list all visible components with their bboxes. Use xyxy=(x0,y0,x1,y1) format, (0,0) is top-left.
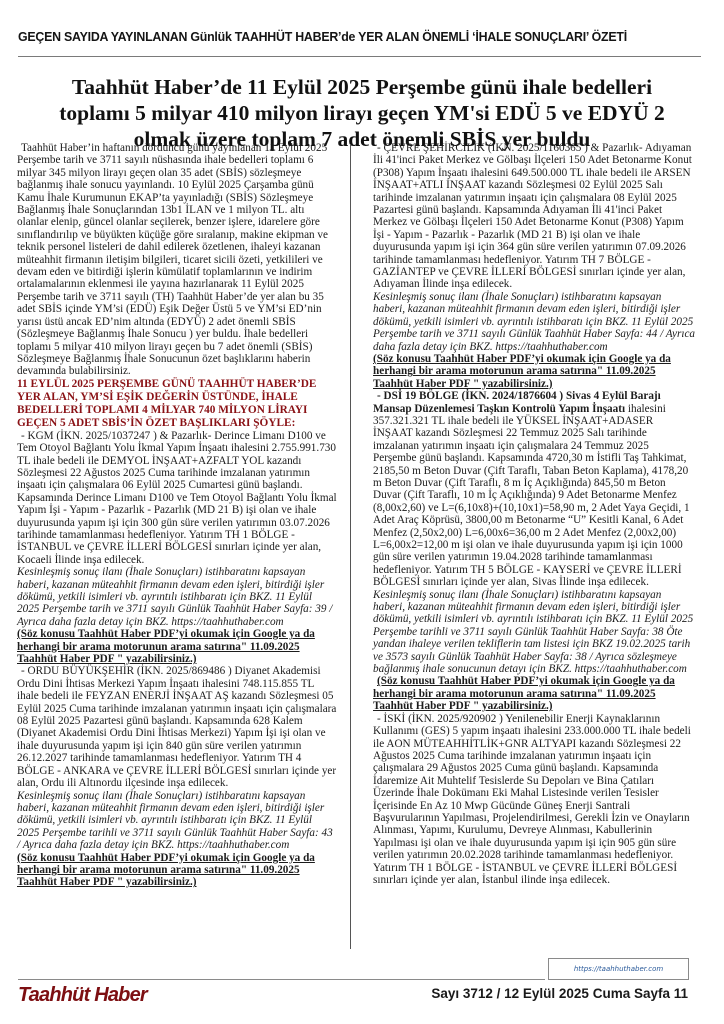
item-cevre-note: Kesinleşmiş sonuç ilanı (İhale Sonuçları… xyxy=(373,291,695,353)
item-iski-lead: - İSKİ (İKN. 2025/920902 ) Yenilenebilir… xyxy=(373,713,695,887)
header-divider xyxy=(18,56,701,57)
footer-issue-info: Sayı 3712 / 12 Eylül 2025 Cuma Sayfa 11 xyxy=(431,986,688,1001)
headline: Taahhüt Haber’de 11 Eylül 2025 Perşembe … xyxy=(40,74,684,152)
pdf-note[interactable]: (Söz konusu Taahhüt Haber PDF’yi okumak … xyxy=(373,353,695,390)
pdf-note[interactable]: (Söz konusu Taahhüt Haber PDF’yi okumak … xyxy=(17,628,337,665)
item-dsi-title: - DSİ 19 BÖLGE (İKN. 2024/1876604 ) Siva… xyxy=(373,390,661,414)
item-cevre-lead: - ÇEVRE ŞEHİRCİLİK (İKN. 2025/1160365 ) … xyxy=(373,142,695,291)
left-column: Taahhüt Haber’in haftanın dördüncü günü … xyxy=(17,142,337,889)
pdf-note[interactable]: (Söz konusu Taahhüt Haber PDF’yi okumak … xyxy=(17,852,337,889)
item-dsi-body: ihalesini 357.321.321 TL ihale bedeli il… xyxy=(373,403,690,589)
page-header-title: GEÇEN SAYIDA YAYINLANAN Günlük TAAHHÜT H… xyxy=(18,29,660,44)
item-kgm-lead: - KGM (İKN. 2025/1037247 ) & Pazarlık- D… xyxy=(17,430,337,566)
footer-brand-logo: Taahhüt Haber xyxy=(18,984,147,1007)
column-divider xyxy=(350,144,351,949)
footer-url-link[interactable]: https://taahhuthaber.com xyxy=(548,958,689,980)
intro-paragraph: Taahhüt Haber’in haftanın dördüncü günü … xyxy=(17,142,337,378)
item-dsi-lead: - DSİ 19 BÖLGE (İKN. 2024/1876604 ) Siva… xyxy=(373,390,695,589)
item-ordu-note: Kesinleşmiş sonuç ilanı (İhale Sonuçları… xyxy=(17,790,337,852)
pdf-note[interactable]: (Söz konusu Taahhüt Haber PDF’yi okumak … xyxy=(373,675,695,712)
item-kgm-note: Kesinleşmiş sonuç ilanı (İhale Sonuçları… xyxy=(17,566,337,628)
section-heading: 11 EYLÜL 2025 PERŞEMBE GÜNÜ TAAHHÜT HABE… xyxy=(17,378,337,430)
right-column: - ÇEVRE ŞEHİRCİLİK (İKN. 2025/1160365 ) … xyxy=(373,142,695,886)
item-dsi-note: Kesinleşmiş sonuç ilanı (İhale Sonuçları… xyxy=(373,589,695,676)
item-ordu-lead: - ORDU BÜYÜKŞEHİR (İKN. 2025/869486 ) Di… xyxy=(17,665,337,789)
footer-divider xyxy=(18,979,545,980)
